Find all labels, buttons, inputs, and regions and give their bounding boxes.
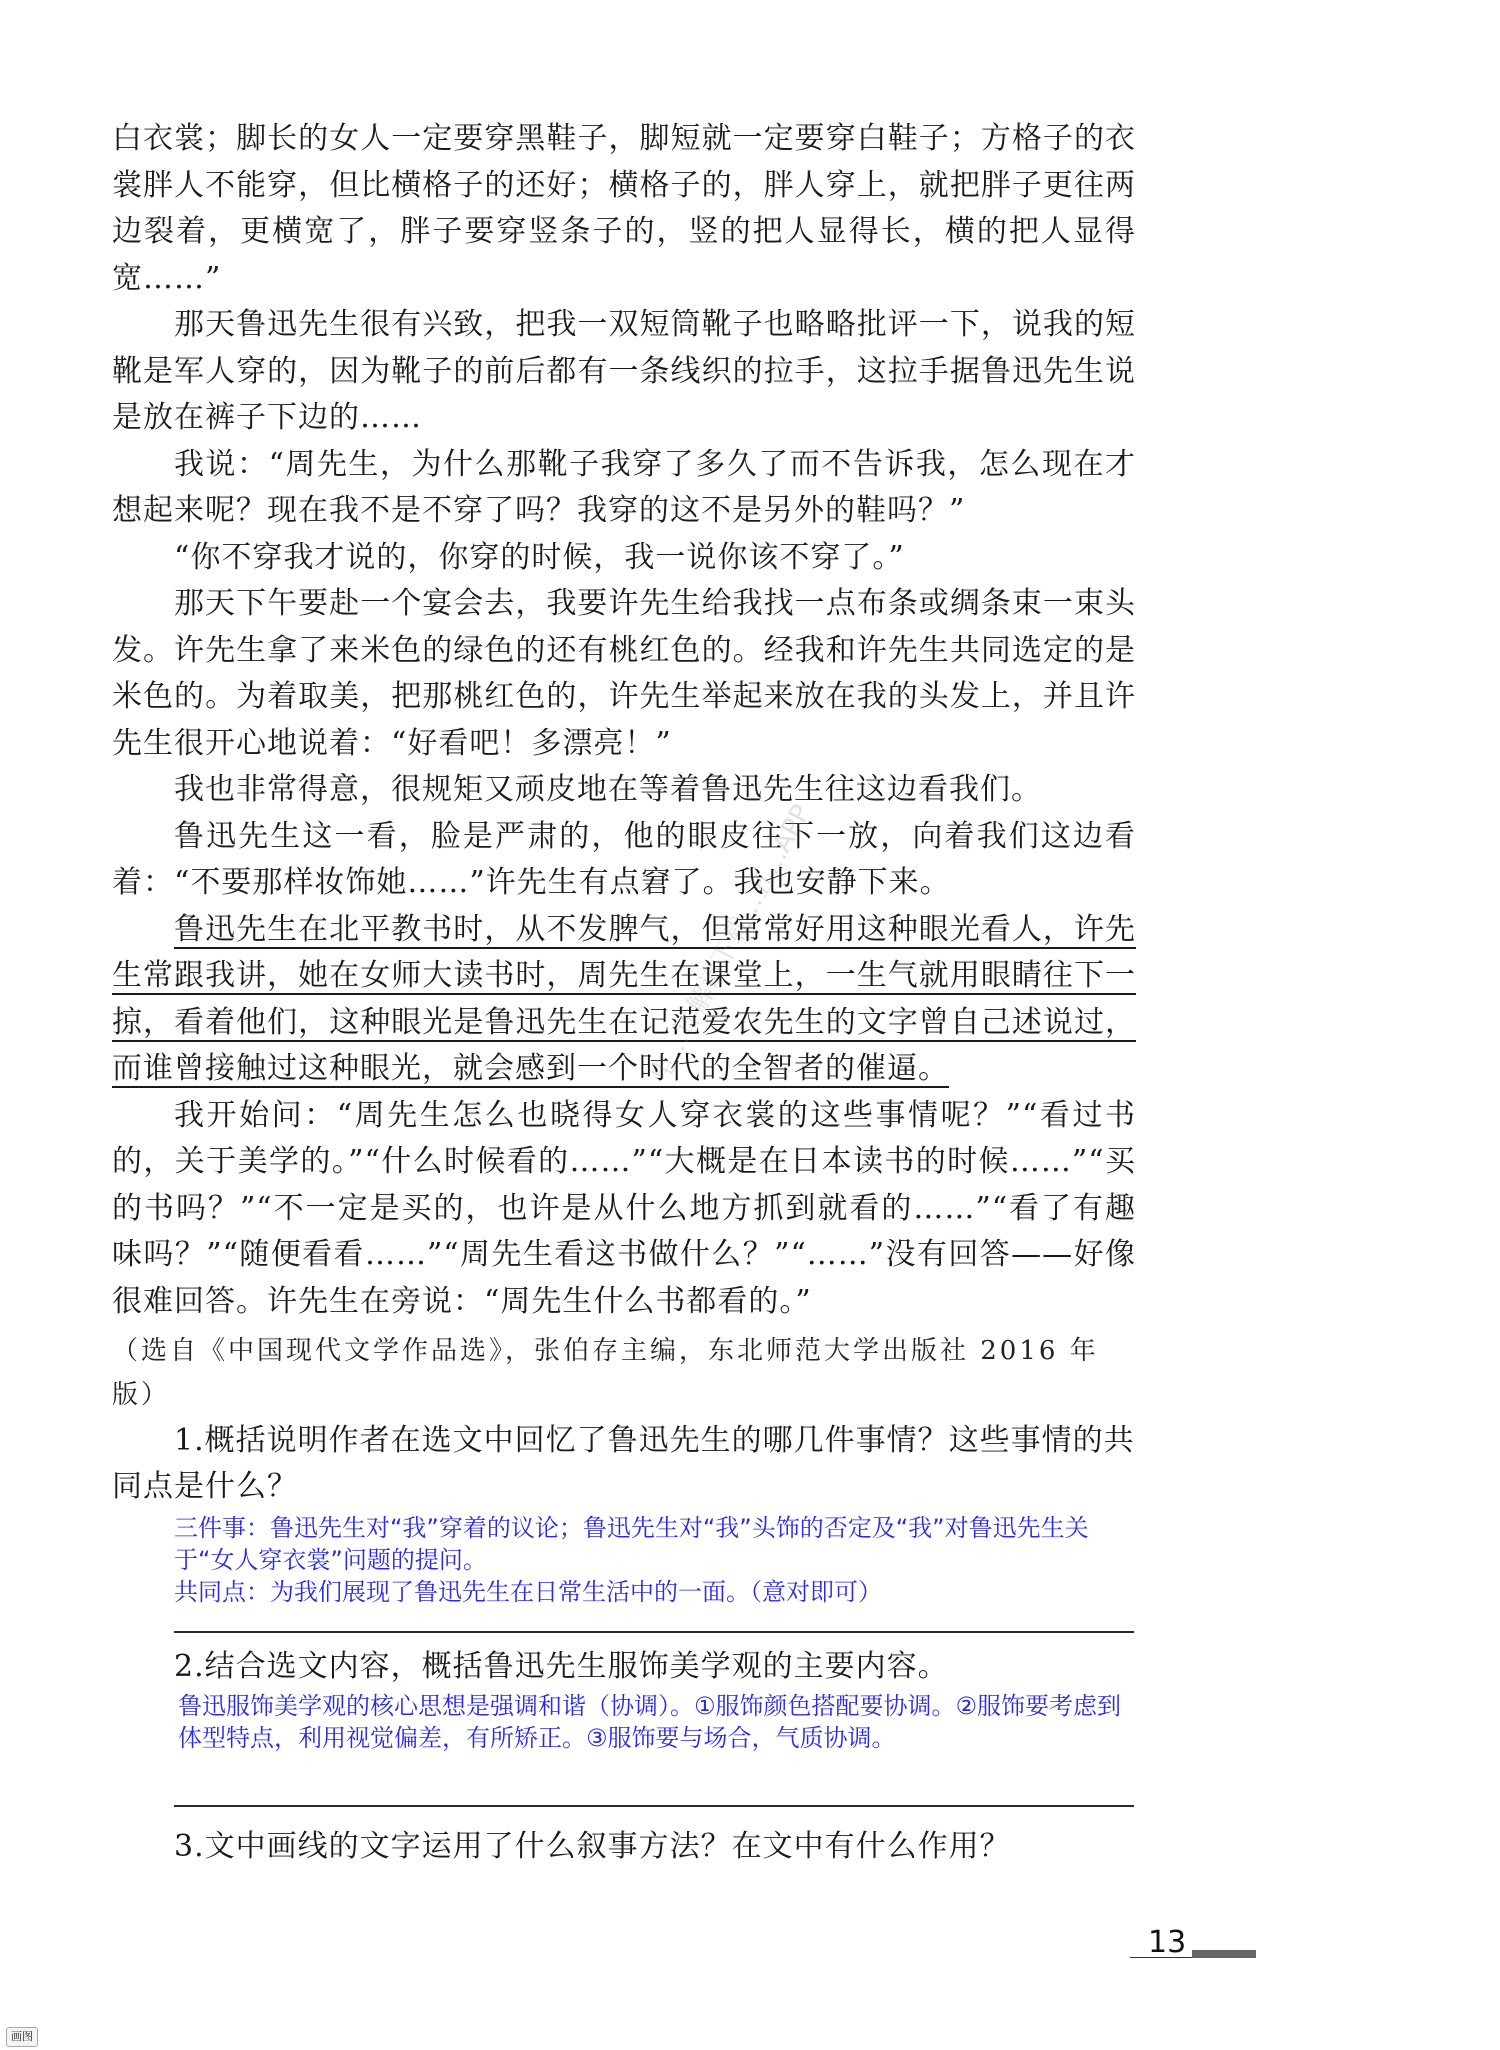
passage-paragraph: 那天下午要赴一个宴会去，我要许先生给我找一点布条或绸条束一束头发。许先生拿了来米… (112, 581, 1136, 767)
paint-button[interactable]: 画图 (6, 2027, 38, 2047)
passage-paragraph: “你不穿我才说的，你穿的时候，我一说你该不穿了。” (112, 535, 1136, 582)
page-number-bar (1192, 1950, 1256, 1958)
passage-paragraph: 我说：“周先生，为什么那靴子我穿了多久了而不告诉我，怎么现在才想起来呢？现在我不… (112, 442, 1136, 535)
page-number: 13 (1148, 1925, 1186, 1960)
answer-1-common: 共同点：为我们展现了鲁迅先生在日常生活中的一面。（意对即可） (174, 1576, 1134, 1608)
question-number: 3. (174, 1829, 205, 1864)
question-1: 1.概括说明作者在选文中回忆了鲁迅先生的哪几件事情？这些事情的共同点是什么？ (112, 1418, 1136, 1510)
answer-divider (174, 1805, 1134, 1807)
answer-1-events: 三件事：鲁迅先生对“我”穿着的议论；鲁迅先生对“我”头饰的否定及“我”对鲁迅先生… (174, 1512, 1134, 1576)
passage-paragraph: 鲁迅先生这一看，脸是严肃的，他的眼皮往下一放，向着我们这边看着：“不要那样妆饰她… (112, 814, 1136, 907)
passage-paragraph: 我开始问：“周先生怎么也晓得女人穿衣裳的这些事情呢？”“看过书的，关于美学的。”… (112, 1093, 1136, 1326)
question-number: 2. (174, 1649, 205, 1684)
answer-2: 鲁迅服饰美学观的核心思想是强调和谐（协调）。①服饰颜色搭配要协调。②服饰要考虑到… (178, 1690, 1138, 1754)
question-2: 2.结合选文内容，概括鲁迅先生服饰美学观的主要内容。 (112, 1644, 1136, 1690)
question-text: 文中画线的文字运用了什么叙事方法？在文中有什么作用？ (205, 1829, 1011, 1864)
passage-paragraph: 我也非常得意，很规矩又顽皮地在等着鲁迅先生往这边看我们。 (112, 767, 1136, 814)
question-number: 1. (174, 1423, 205, 1458)
passage-paragraph: 白衣裳；脚长的女人一定要穿黑鞋子，脚短就一定要穿白鞋子；方格子的衣裳胖人不能穿，… (112, 116, 1136, 302)
page-number-underline (1130, 1957, 1192, 1958)
question-3: 3.文中画线的文字运用了什么叙事方法？在文中有什么作用？ (112, 1824, 1136, 1870)
question-text: 结合选文内容，概括鲁迅先生服饰美学观的主要内容。 (205, 1649, 949, 1684)
source-citation: （选自《中国现代文学作品选》，张伯存主编，东北师范大学出版社 2016 年版） (112, 1329, 1136, 1417)
answer-divider (174, 1631, 1134, 1633)
passage-paragraph: 那天鲁迅先生很有兴致，把我一双短筒靴子也略略批评一下，说我的短靴是军人穿的，因为… (112, 302, 1136, 442)
textbook-page: 白衣裳；脚长的女人一定要穿黑鞋子，脚短就一定要穿白鞋子；方格子的衣裳胖人不能穿，… (0, 0, 1500, 2050)
passage: 白衣裳；脚长的女人一定要穿黑鞋子，脚短就一定要穿白鞋子；方格子的衣裳胖人不能穿，… (112, 116, 1136, 1417)
question-text: 概括说明作者在选文中回忆了鲁迅先生的哪几件事情？这些事情的共同点是什么？ (112, 1423, 1135, 1504)
underlined-passage: 鲁迅先生在北平教书时，从不发脾气，但常常好用这种眼光看人，许先生常跟我讲，她在女… (112, 907, 1136, 1093)
